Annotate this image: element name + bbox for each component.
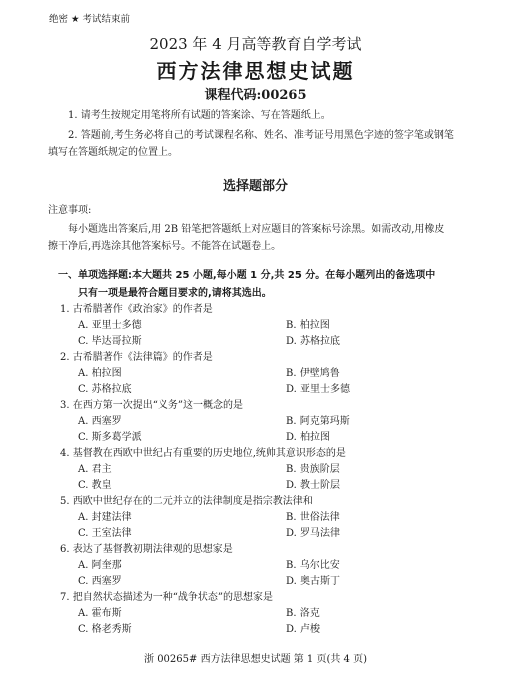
question-stem: 6. 表达了基督教初期法律观的思想家是 (60, 540, 233, 555)
option-c: C. 苏格拉底 (78, 380, 132, 395)
notice-line-2: 擦干净后,再选涂其他答案标号。不能答在试题卷上。 (48, 240, 281, 254)
option-d: D. 奥古斯丁 (286, 572, 340, 587)
option-c: C. 教皇 (78, 476, 112, 491)
option-b: B. 伊壁鸠鲁 (286, 364, 340, 379)
section-title: 选择题部分 (0, 175, 511, 194)
option-a: A. 霍布斯 (78, 604, 122, 619)
option-a: A. 柏拉图 (78, 364, 122, 379)
notice-label: 注意事项: (48, 204, 91, 218)
instruction-1: 1. 请考生按规定用笔将所有试题的答案涂、写在答题纸上。 (68, 109, 331, 123)
option-c: C. 王室法律 (78, 524, 132, 539)
question-stem: 2. 古希腊著作《法律篇》的作者是 (60, 348, 213, 363)
page-footer: 浙 00265# 西方法律思想史试题 第 1 页(共 4 页) (0, 650, 511, 665)
part-one-heading: 一、单项选择题:本大题共 25 小题,每小题 1 分,共 25 分。在每小题列出… (58, 269, 435, 283)
question-stem: 1. 古希腊著作《政治家》的作者是 (60, 300, 213, 315)
instruction-2-cont: 填写在答题纸规定的位置上。 (48, 146, 178, 160)
confidential-label: 绝密 ★ 考试结束前 (49, 11, 130, 25)
option-c: C. 西塞罗 (78, 572, 122, 587)
question-stem: 7. 把自然状态描述为一种“战争状态”的思想家是 (60, 588, 273, 603)
option-d: D. 卢梭 (286, 620, 320, 635)
question-stem: 4. 基督教在西欧中世纪占有重要的历史地位,统帅其意识形态的是 (60, 444, 346, 459)
option-d: D. 亚里士多德 (286, 380, 350, 395)
course-code: 课程代码:00265 (0, 84, 511, 103)
option-a: A. 君主 (78, 460, 112, 475)
option-d: D. 教士阶层 (286, 476, 340, 491)
option-a: A. 阿奎那 (78, 556, 122, 571)
question-stem: 5. 西欧中世纪存在的二元并立的法律制度是指宗教法律和 (60, 492, 313, 507)
option-b: B. 洛克 (286, 604, 320, 619)
exam-title: 2023 年 4 月高等教育自学考试 (0, 33, 511, 54)
notice-line-1: 每小题选出答案后,用 2B 铅笔把答题纸上对应题目的答案标号涂黑。如需改动,用橡… (68, 223, 444, 237)
option-d: D. 罗马法律 (286, 524, 340, 539)
option-d: D. 苏格拉底 (286, 332, 340, 347)
option-b: B. 贵族阶层 (286, 460, 340, 475)
option-b: B. 世俗法律 (286, 508, 340, 523)
option-a: A. 封建法律 (78, 508, 132, 523)
part-one-heading-cont: 只有一项是最符合题目要求的,请将其选出。 (78, 284, 272, 299)
option-b: B. 乌尔比安 (286, 556, 340, 571)
question-stem: 3. 在西方第一次提出“义务”这一概念的是 (60, 396, 243, 411)
option-b: B. 阿克第玛斯 (286, 412, 350, 427)
option-a: A. 西塞罗 (78, 412, 122, 427)
option-c: C. 毕达哥拉斯 (78, 332, 142, 347)
instruction-2: 2. 答题前,考生务必将自己的考试课程名称、姓名、准考证号用黑色字迹的签字笔或钢… (68, 129, 454, 143)
option-c: C. 斯多葛学派 (78, 428, 142, 443)
subject-title: 西方法律思想史试题 (0, 55, 511, 84)
option-c: C. 格老秀斯 (78, 620, 132, 635)
option-d: D. 柏拉图 (286, 428, 330, 443)
option-a: A. 亚里士多德 (78, 316, 142, 331)
option-b: B. 柏拉图 (286, 316, 330, 331)
